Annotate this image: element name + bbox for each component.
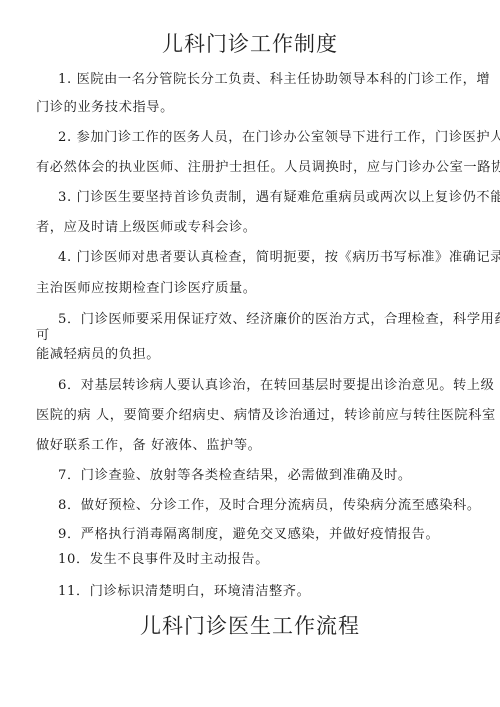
item-2-line-2: 有必然体会的执业医师、注册护士担任。人员调换时，应与门诊办公室一路协商。 (36, 156, 500, 175)
item-4-line-1: 4. 门诊医师对患者要认真检查，简明扼要，按《病历书写标准》准确记录病历 (58, 246, 500, 265)
item-6-line-3: 做好联系工作，备 好液体、监护等。 (36, 434, 261, 453)
item-4-line-2: 主治医师应按期检查门诊医疗质量。 (36, 277, 257, 296)
item-3-line-2: 者，应及时请上级医师或专科会诊。 (36, 216, 257, 235)
item-2-line-1: 2. 参加门诊工作的医务人员，在门诊办公室领导下进行工作，门诊医护人员要 (58, 126, 500, 145)
item-9: 9．严格执行消毒隔离制度，避免交叉感染，并做好疫情报告。 (58, 523, 439, 542)
item-6-line-2: 医院的病 人，要简要介绍病史、病情及诊治通过，转诊前应与转往医院科室 (36, 404, 496, 423)
item-7: 7．门诊查验、放射等各类检查结果，必需做到准确及时。 (58, 464, 412, 483)
item-6-line-1: 6．对基层转诊病人要认真诊治，在转回基层时要提出诊治意见。转上级 (58, 374, 494, 393)
item-3-line-1: 3. 门诊医生要坚持首诊负责制，遇有疑难危重病员或两次以上复诊仍不能确诊 (58, 186, 500, 205)
item-11: 11．门诊标识清楚明白，环境清洁整齐。 (58, 580, 310, 599)
item-10: 10．发生不良事件及时主动报告。 (58, 548, 269, 567)
item-5-line-2: 可 (36, 324, 50, 343)
item-5-line-3: 能减轻病员的负担。 (36, 343, 160, 362)
item-8: 8．做好预检、分诊工作，及时合理分流病员，传染病分流至感染科。 (58, 494, 481, 513)
item-5-line-1: 5．门诊医师要采用保证疗效、经济廉价的医治方式，合理检查，科学用药， (58, 308, 500, 327)
second-title: 儿科门诊医生工作流程 (0, 610, 500, 640)
item-1-line-2: 门诊的业务技术指导。 (36, 96, 174, 115)
document-title: 儿科门诊工作制度 (0, 28, 500, 58)
item-1-line-1: 1. 医院由一名分管院长分工负责、科主任协助领导本科的门诊工作，增 (58, 68, 490, 87)
